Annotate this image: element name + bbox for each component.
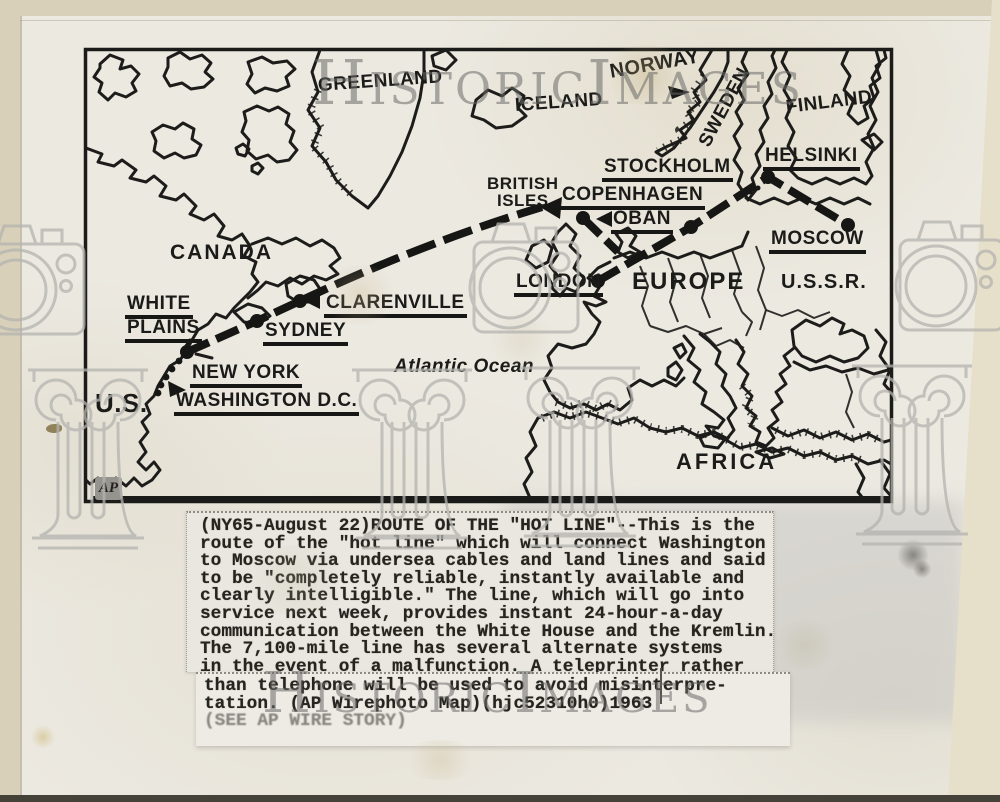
- map-label-canada: CANADA: [170, 242, 273, 263]
- map-label-helsinki: HELSINKI: [763, 146, 860, 171]
- ireland: [526, 240, 552, 268]
- red-sea: [880, 460, 891, 496]
- map-label-europe: EUROPE: [632, 270, 745, 294]
- morocco-west-coast: [524, 418, 538, 498]
- map-label-moscow: MOSCOW: [769, 229, 866, 254]
- caption-line: service next week, provides instant 24-h…: [200, 606, 773, 624]
- map-label-white: WHITE: [125, 294, 193, 319]
- map-label-oban: OBAN: [611, 209, 673, 234]
- map-label-isles: ISLES: [497, 192, 549, 209]
- oban-arrow: [596, 211, 612, 227]
- long-island: [196, 354, 212, 358]
- map-label-washington-dc: WASHINGTON D.C.: [174, 391, 359, 416]
- map-label-africa: AFRICA: [676, 451, 777, 473]
- ap-logo-text: AP: [99, 480, 118, 497]
- black-sea: [792, 318, 868, 362]
- corsica: [674, 344, 686, 358]
- map-label-stockholm: STOCKHOLM: [602, 157, 733, 182]
- caption-line: than telephone will be used to avoid mis…: [204, 678, 790, 696]
- map-label-copenhagen: COPENHAGEN: [560, 185, 705, 210]
- ap-logo-badge: AP: [95, 477, 122, 500]
- caption-slip-1: (NY65-August 22)ROUTE OF THE "HOT LINE"-…: [186, 511, 774, 672]
- turkey-north-coast: [794, 362, 888, 374]
- caption-line: (NY65-August 22)ROUTE OF THE "HOT LINE"-…: [200, 518, 773, 536]
- map-label-plains: PLAINS: [125, 318, 202, 343]
- map-label-ussr: U.S.S.R.: [781, 272, 867, 292]
- map-label-new-york: NEW YORK: [190, 363, 302, 388]
- italy: [684, 334, 736, 440]
- sardinia: [668, 362, 682, 380]
- map-label-sydney: SYDNEY: [263, 321, 348, 346]
- map-label-atlantic-ocean: Atlantic Ocean: [394, 357, 534, 376]
- map-label-london: LONDON: [514, 272, 603, 297]
- map-label-clarenville: CLARENVILLE: [324, 293, 467, 318]
- norway-pointer: [668, 86, 690, 99]
- slip-fold-mark: [660, 668, 662, 704]
- caption-line: (SEE AP WIRE STORY): [204, 713, 790, 731]
- turkey-south-coast: [772, 428, 891, 442]
- scan-bottom-edge: [0, 795, 1000, 802]
- map-label-british: BRITISH: [487, 175, 559, 192]
- caspian-edge: [876, 330, 891, 392]
- map-label-us: U.S.: [95, 390, 148, 416]
- caption-slip-2: than telephone will be used to avoid mis…: [196, 672, 790, 746]
- canada-arctic-islands: [94, 52, 297, 174]
